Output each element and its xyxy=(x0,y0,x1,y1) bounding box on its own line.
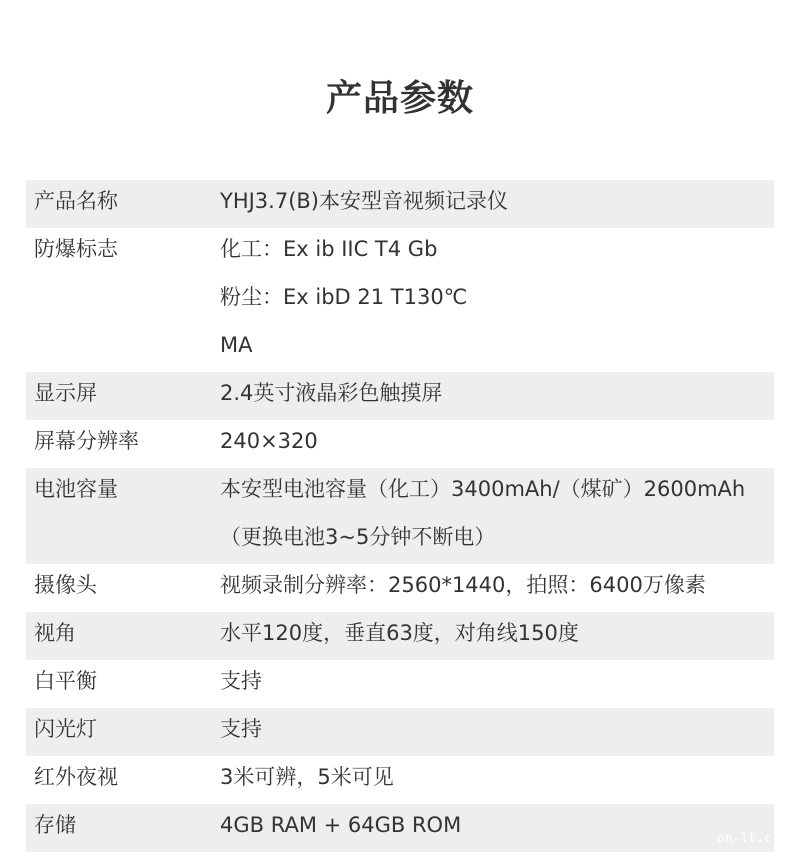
spec-key: 电池容量 xyxy=(26,465,220,561)
spec-value: 粉尘：Ex ibD 21 T130℃ xyxy=(220,273,774,321)
spec-row-explosion-mark: 防爆标志 化工：Ex ib IIC T4 Gb 粉尘：Ex ibD 21 T13… xyxy=(26,228,774,372)
spec-row-white-balance: 白平衡 支持 xyxy=(26,660,774,708)
spec-value: （更换电池3~5分钟不断电） xyxy=(220,513,774,561)
spec-key: 白平衡 xyxy=(26,657,220,705)
spec-key: 闪光灯 xyxy=(26,705,220,753)
spec-key: 产品名称 xyxy=(26,177,220,225)
spec-row-camera: 摄像头 视频录制分辨率：2560*1440，拍照：6400万像素 xyxy=(26,564,774,612)
spec-value: 支持 xyxy=(220,705,774,753)
spec-row-resolution: 屏幕分辨率 240×320 xyxy=(26,420,774,468)
spec-row-night-vision: 红外夜视 3米可辨，5米可见 xyxy=(26,756,774,804)
spec-row-display: 显示屏 2.4英寸液晶彩色触摸屏 xyxy=(26,372,774,420)
spec-key: 视角 xyxy=(26,609,220,657)
spec-value: 2.4英寸液晶彩色触摸屏 xyxy=(220,369,774,417)
spec-value: MA xyxy=(220,321,774,369)
spec-value: 本安型电池容量（化工）3400mAh/（煤矿）2600mAh xyxy=(220,465,774,513)
spec-value: 4GB RAM + 64GB ROM xyxy=(220,801,774,849)
spec-value: 水平120度，垂直63度，对角线150度 xyxy=(220,609,774,657)
watermark: on-lt.c xyxy=(717,831,772,846)
spec-row-view-angle: 视角 水平120度，垂直63度，对角线150度 xyxy=(26,612,774,660)
spec-key: 红外夜视 xyxy=(26,753,220,801)
spec-value: 化工：Ex ib IIC T4 Gb xyxy=(220,225,774,273)
spec-row-battery: 电池容量 本安型电池容量（化工）3400mAh/（煤矿）2600mAh （更换电… xyxy=(26,468,774,564)
spec-value: 视频录制分辨率：2560*1440，拍照：6400万像素 xyxy=(220,561,774,609)
spec-key: 存储 xyxy=(26,801,220,849)
spec-key: 屏幕分辨率 xyxy=(26,417,220,465)
spec-key: 显示屏 xyxy=(26,369,220,417)
spec-row-product-name: 产品名称 YHJ3.7(B)本安型音视频记录仪 xyxy=(26,180,774,228)
spec-table: 产品名称 YHJ3.7(B)本安型音视频记录仪 防爆标志 化工：Ex ib II… xyxy=(26,180,774,852)
spec-value: 支持 xyxy=(220,657,774,705)
spec-key: 防爆标志 xyxy=(26,225,220,369)
spec-value: 240×320 xyxy=(220,417,774,465)
spec-row-storage: 存储 4GB RAM + 64GB ROM xyxy=(26,804,774,852)
spec-value: 3米可辨，5米可见 xyxy=(220,753,774,801)
spec-value: YHJ3.7(B)本安型音视频记录仪 xyxy=(220,177,774,225)
page-title: 产品参数 xyxy=(0,76,800,122)
spec-key: 摄像头 xyxy=(26,561,220,609)
spec-row-flash: 闪光灯 支持 xyxy=(26,708,774,756)
